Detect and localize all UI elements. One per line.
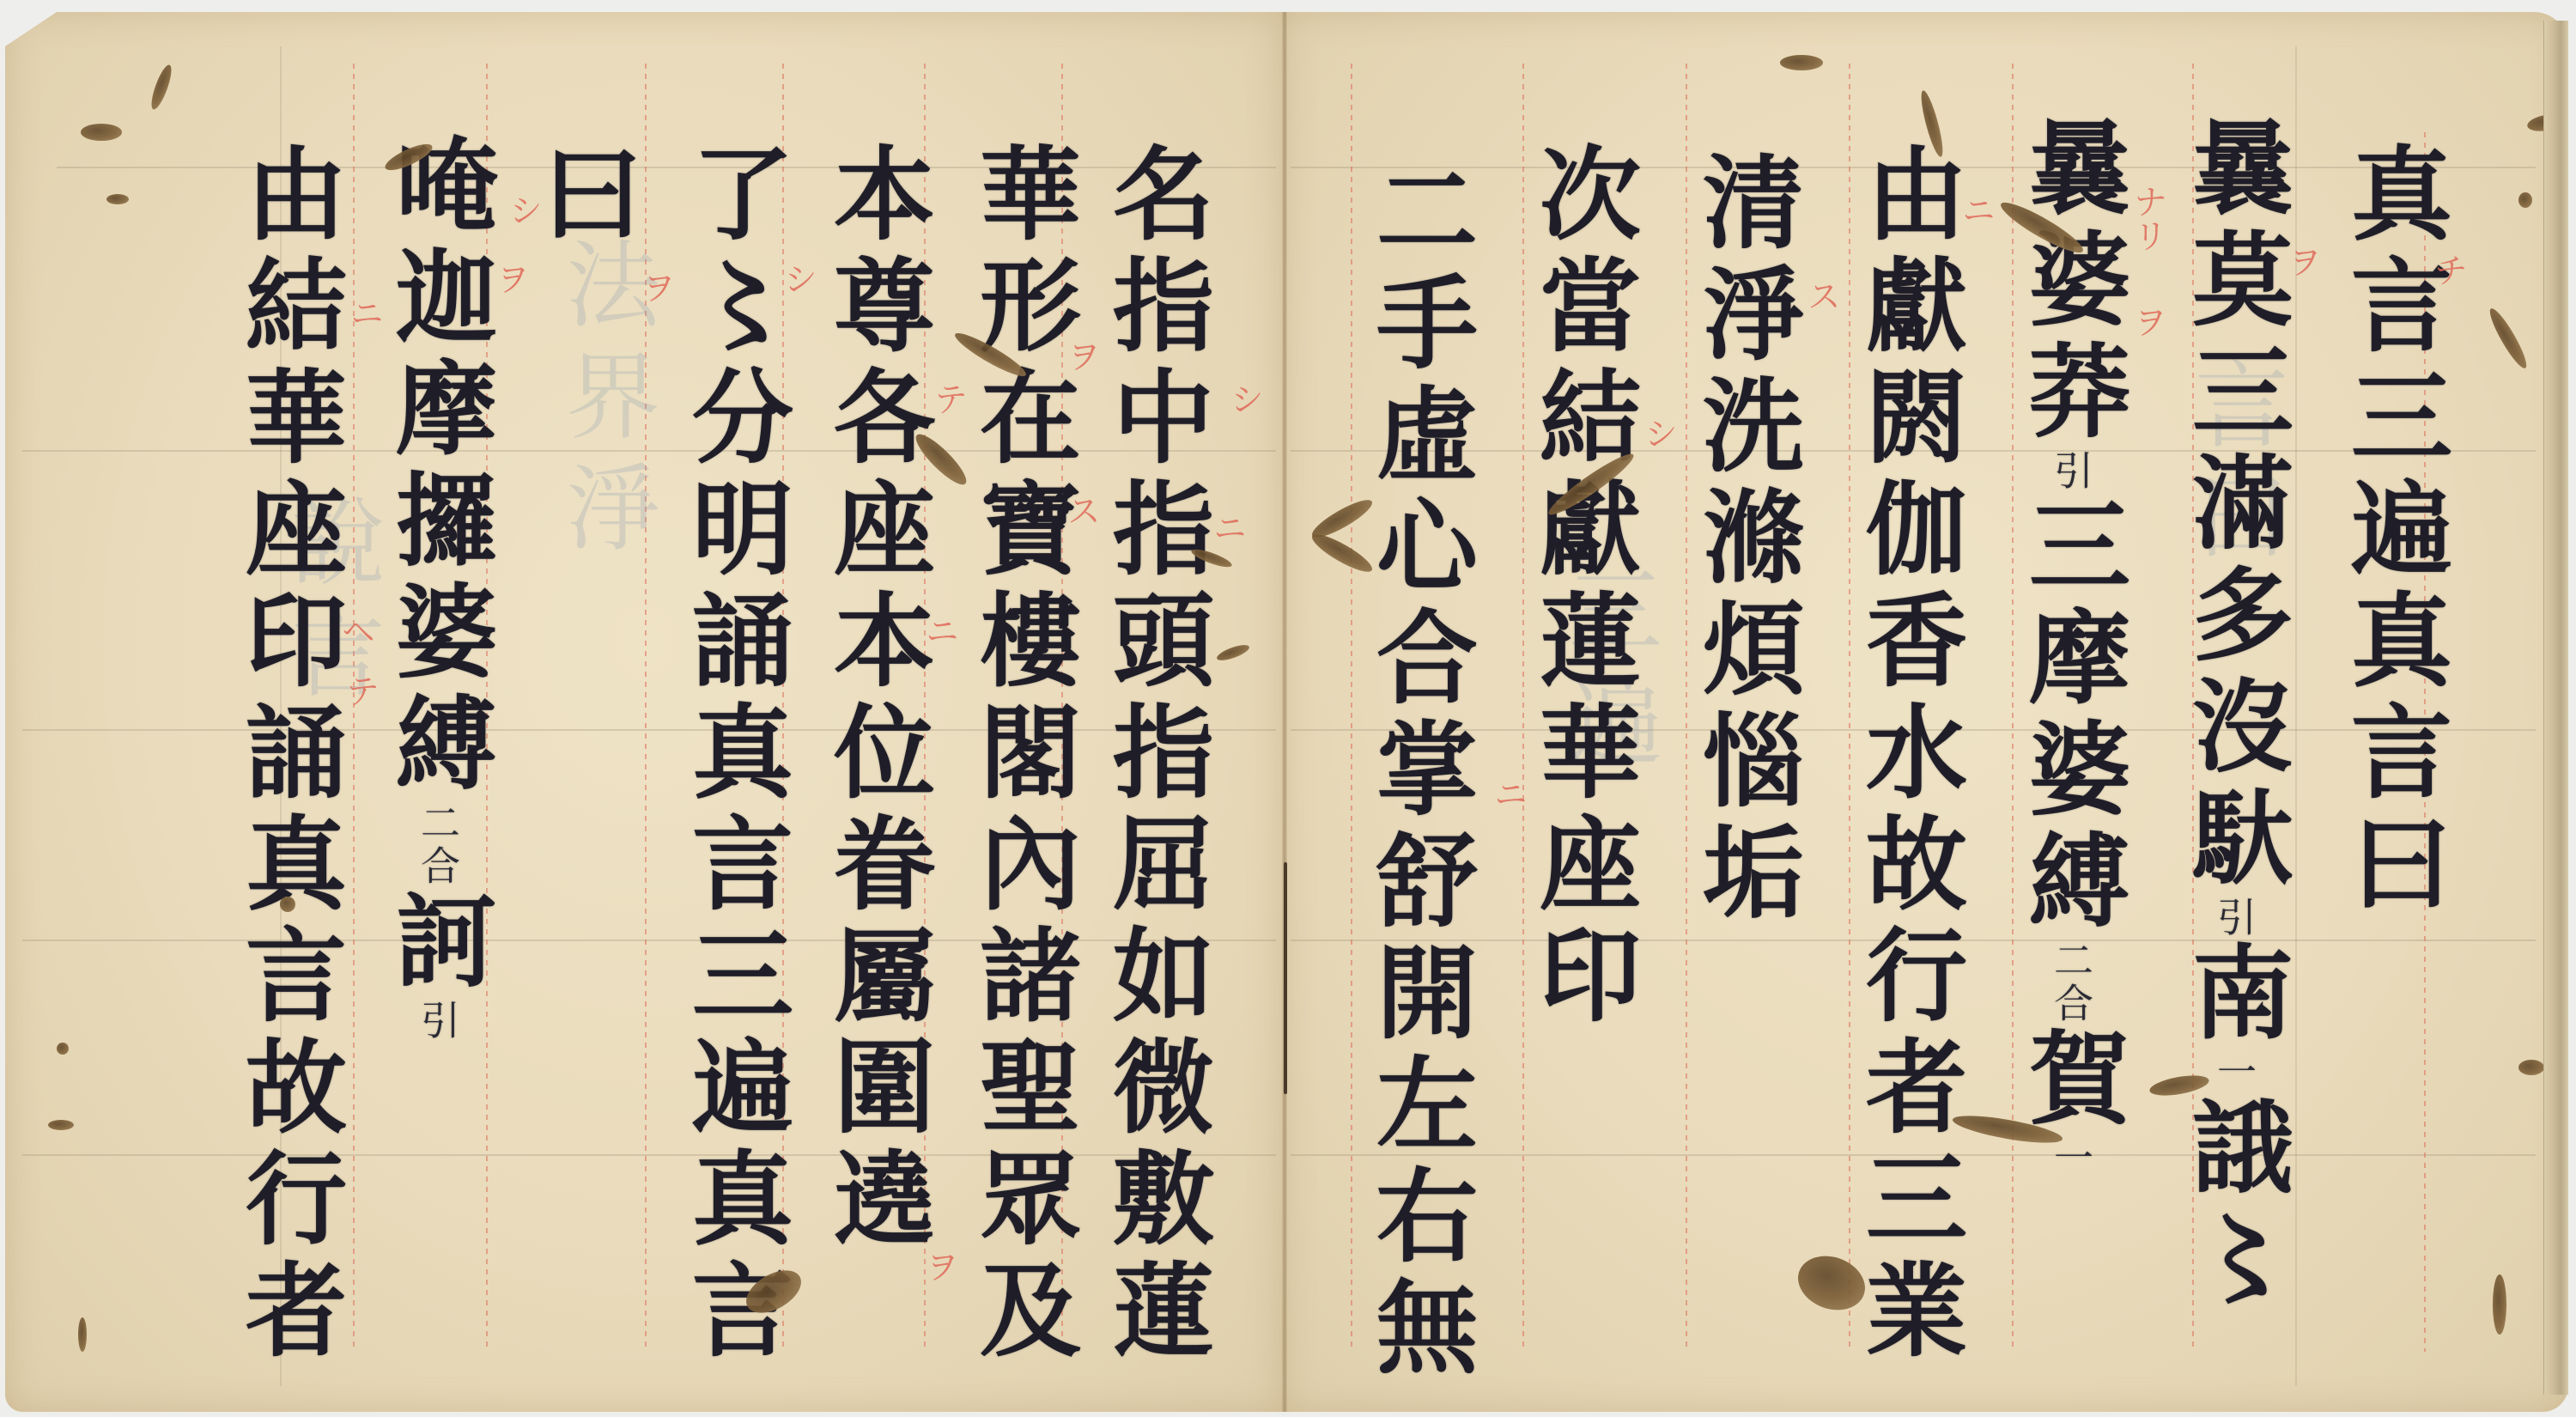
kunten-mark: ニ bbox=[1203, 510, 1252, 544]
text-column-4: 了〻分明誦真言三遍真言 bbox=[683, 141, 785, 1369]
interlinear-note: 引 bbox=[2048, 450, 2094, 493]
kunten-mark: テ bbox=[924, 381, 973, 416]
column-text: 賀 bbox=[2012, 1025, 2131, 1137]
kunten-mark: シ bbox=[1634, 416, 1683, 450]
wormhole bbox=[1780, 55, 1823, 70]
wormhole bbox=[2493, 1274, 2506, 1335]
column-text: 了〻分明誦真言三遍真言 bbox=[675, 141, 794, 1369]
kunten-mark: シ bbox=[1220, 381, 1269, 416]
interlinear-note: 引 bbox=[415, 1000, 461, 1043]
kunten-mark: チ bbox=[2424, 252, 2473, 287]
column-text: 誐〻 bbox=[2175, 1094, 2294, 1317]
kunten-mark: テ bbox=[336, 673, 385, 708]
text-column-3: 曩婆莽引三摩婆縛二合賀一 bbox=[2020, 115, 2122, 1180]
kunten-mark: シ bbox=[774, 261, 823, 295]
wormhole bbox=[57, 1043, 69, 1055]
column-text: 由獻閼伽香水故行者三業 bbox=[1849, 141, 1968, 1369]
red-column-rule bbox=[1351, 64, 1352, 1352]
column-text: 本尊各座本位眷屬圍遶 bbox=[817, 141, 936, 1257]
manuscript-scan: 法界淨 說言 名指中指頭指屈如微敷蓮 華形在寶樓閣內諸聖眾及 本尊各座本位眷屬圍… bbox=[0, 0, 2576, 1417]
book-spread: 法界淨 說言 名指中指頭指屈如微敷蓮 華形在寶樓閣內諸聖眾及 本尊各座本位眷屬圍… bbox=[5, 12, 2568, 1412]
wormhole bbox=[2518, 1060, 2544, 1075]
interlinear-note: 二 bbox=[2048, 940, 2094, 982]
text-column-2: 曩莫三滿多沒馱引南一誐〻 bbox=[2184, 115, 2285, 1317]
column-text: 訶 bbox=[379, 888, 498, 1000]
right-page: 三遍 言曰 真言三遍真言曰 曩莫三滿多沒馱引南一誐〻 曩婆莽引三摩婆縛二合賀一 … bbox=[1282, 12, 2568, 1412]
wormhole bbox=[148, 63, 175, 111]
text-column-4: 由獻閼伽香水故行者三業 bbox=[1857, 141, 1959, 1369]
kunten-mark: ニ bbox=[1484, 776, 1533, 811]
kunten-mark: ヲ bbox=[632, 270, 681, 304]
kunten-mark: ヲ bbox=[915, 1249, 964, 1283]
left-page: 法界淨 說言 名指中指頭指屈如微敷蓮 華形在寶樓閣內諸聖眾及 本尊各座本位眷屬圍… bbox=[5, 12, 1282, 1412]
column-text: 曩婆莽 bbox=[2012, 115, 2131, 450]
wormhole bbox=[106, 194, 129, 204]
ruled-line bbox=[22, 940, 1276, 941]
column-text: 次當結獻蓮華座印 bbox=[1522, 141, 1642, 1034]
text-column-5: 曰 bbox=[533, 141, 635, 252]
text-column-7: 二手虛心合掌舒開左右無 bbox=[1368, 158, 1469, 1386]
wormhole bbox=[2518, 192, 2532, 208]
interlinear-note: 合 bbox=[2048, 982, 2094, 1025]
interlinear-note: 一 bbox=[2048, 1137, 2094, 1180]
kunten-mark: ス bbox=[1057, 493, 1106, 527]
kunten-mark: ヲ bbox=[2123, 304, 2172, 338]
fold-crease-mark bbox=[1284, 862, 1287, 1094]
page-edge bbox=[2543, 21, 2568, 1395]
column-text: 名指中指頭指屈如微敷蓮 bbox=[1096, 141, 1215, 1369]
wormhole bbox=[280, 897, 295, 912]
kunten-mark: ニ bbox=[1952, 192, 2001, 227]
wormhole bbox=[1215, 642, 1251, 664]
column-text: 南 bbox=[2175, 940, 2294, 1051]
kunten-mark: ナリ bbox=[2123, 184, 2172, 252]
wormhole bbox=[48, 1120, 74, 1130]
text-column-6: 唵迦摩攞婆縛二合訶引 bbox=[387, 132, 489, 1043]
wormhole bbox=[2485, 305, 2531, 371]
interlinear-note: 引 bbox=[2211, 897, 2257, 940]
column-text: 由結華座印誦真言故行者 bbox=[228, 141, 348, 1369]
kunten-mark: ヘ bbox=[331, 613, 380, 648]
kunten-mark: ヲ bbox=[1057, 338, 1106, 373]
column-text: 曩莫三滿多沒馱 bbox=[2175, 115, 2294, 897]
text-column-2: 華形在寶樓閣內諸聖眾及 bbox=[971, 141, 1072, 1369]
kunten-mark: ニ bbox=[340, 295, 389, 330]
kunten-mark: ヲ bbox=[486, 261, 535, 295]
interlinear-note: 二合 bbox=[415, 802, 461, 888]
wormhole bbox=[81, 124, 122, 141]
text-column-1: 名指中指頭指屈如微敷蓮 bbox=[1104, 141, 1206, 1369]
column-text: 清淨洗滌煩惱垢 bbox=[1686, 149, 1805, 931]
column-text: 三摩婆縛 bbox=[2012, 493, 2131, 940]
ruled-line bbox=[22, 729, 1276, 731]
wormhole bbox=[78, 1317, 87, 1352]
center-fold bbox=[1282, 12, 1287, 1412]
kunten-mark: ニ bbox=[915, 613, 964, 648]
text-column-6: 次當結獻蓮華座印 bbox=[1531, 141, 1632, 1034]
text-column-3: 本尊各座本位眷屬圍遶 bbox=[825, 141, 927, 1257]
text-column-7: 由結華座印誦真言故行者 bbox=[237, 141, 338, 1369]
column-text: 華形在寶樓閣內諸聖眾及 bbox=[963, 141, 1082, 1369]
column-text: 唵迦摩攞婆縛 bbox=[379, 132, 498, 802]
column-text: 二手虛心合掌舒開左右無 bbox=[1359, 158, 1479, 1386]
ruled-line bbox=[22, 1154, 1276, 1156]
interlinear-note: 一 bbox=[2211, 1051, 2257, 1094]
kunten-mark: ス bbox=[1797, 278, 1846, 313]
kunten-mark: シ bbox=[499, 192, 548, 227]
text-column-5: 清淨洗滌煩惱垢 bbox=[1694, 149, 1795, 931]
kunten-mark: ヲ bbox=[2278, 244, 2327, 278]
